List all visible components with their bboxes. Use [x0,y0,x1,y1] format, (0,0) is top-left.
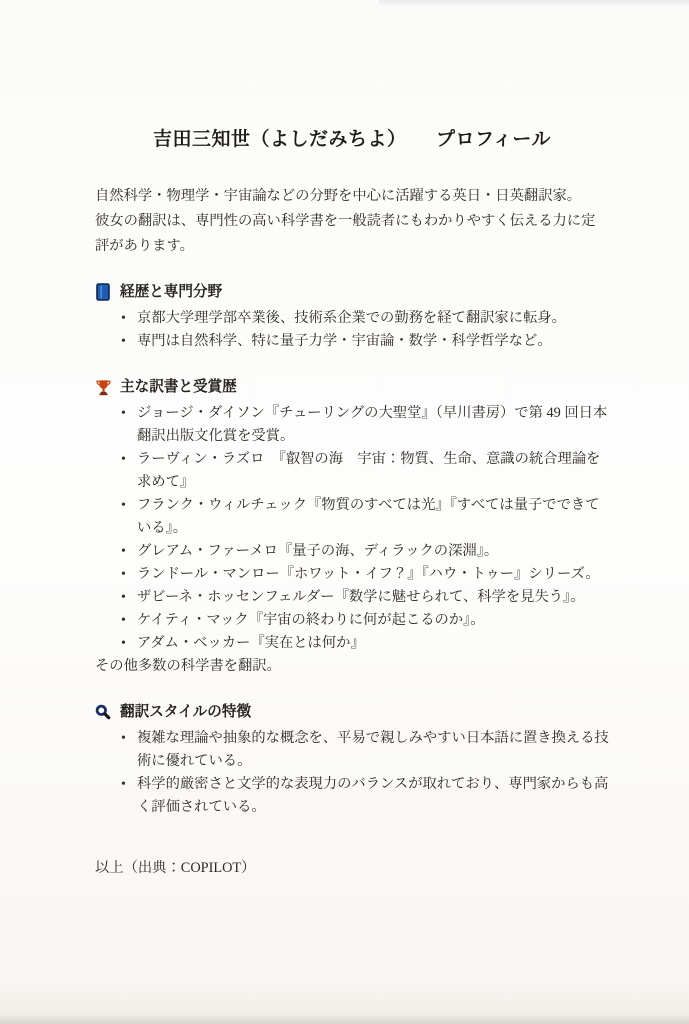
section-footnote: その他多数の科学書を翻訳。 [95,655,609,678]
section-heading: 経歴と専門分野 [120,280,222,304]
list-item: ケイティ・マック『宇宙の終わりに何が起こるのか』。 [117,609,609,632]
bullet-list: 京都大学理学部卒業後、技術系企業での勤務を経て翻訳家に転身。 専門は自然科学、特… [95,307,609,353]
list-item: 京都大学理学部卒業後、技術系企業での勤務を経て翻訳家に転身。 [117,307,609,330]
blue-book-icon [95,283,111,301]
closing-line: 以上（出典：COPILOT） [95,857,609,880]
section-heading: 主な訳書と受賞歴 [120,375,237,399]
bullet-list: ジョージ・ダイソン『チューリングの大聖堂』（早川書房）で第 49 回日本翻訳出版… [95,402,609,655]
list-item: 専門は自然科学、特に量子力学・宇宙論・数学・科学哲学など。 [117,330,609,353]
list-item: ラーヴィン・ラズロ 『叡智の海 宇宙：物質、生命、意識の統合理論を求めて』 [117,448,609,494]
section-heading: 翻訳スタイルの特徴 [120,700,251,724]
list-item: フランク・ウィルチェック『物質のすべては光』『すべては量子でできている』。 [117,494,609,540]
list-item: 科学的厳密さと文学的な表現力のバランスが取れており、専門家からも高く評価されてい… [117,773,609,819]
scanned-document-page: 吉田三知世（よしだみちよ） プロフィール 自然科学・物理学・宇宙論などの分野を中… [0,0,689,1024]
page-title: 吉田三知世（よしだみちよ） プロフィール [95,124,609,151]
section-works-header: 主な訳書と受賞歴 [95,375,609,399]
bullet-list: 複雑な理論や抽象的な概念を、平易で親しみやすい日本語に置き換える技術に優れている… [95,727,609,819]
list-item: 複雑な理論や抽象的な概念を、平易で親しみやすい日本語に置き換える技術に優れている… [117,727,609,773]
section-style: 翻訳スタイルの特徴 複雑な理論や抽象的な概念を、平易で親しみやすい日本語に置き換… [95,700,609,819]
trophy-icon [95,379,111,396]
list-item: ジョージ・ダイソン『チューリングの大聖堂』（早川書房）で第 49 回日本翻訳出版… [117,402,609,448]
intro-paragraph: 自然科学・物理学・宇宙論などの分野を中心に活躍する英日・日英翻訳家。 彼女の翻訳… [95,184,609,259]
section-career: 経歴と専門分野 京都大学理学部卒業後、技術系企業での勤務を経て翻訳家に転身。 専… [95,280,609,353]
magnifier-icon [95,704,111,720]
list-item: アダム・ベッカー『実在とは何か』 [117,632,609,655]
section-style-header: 翻訳スタイルの特徴 [95,700,609,724]
list-item: グレアム・ファーメロ『量子の海、ディラックの深淵』。 [117,540,609,563]
list-item: ランドール・マンロー『ホワット・イフ？』『ハウ・トゥー』シリーズ。 [117,563,609,586]
section-works: 主な訳書と受賞歴 ジョージ・ダイソン『チューリングの大聖堂』（早川書房）で第 4… [95,375,609,678]
list-item: ザビーネ・ホッセンフェルダー『数学に魅せられて、科学を見失う』。 [117,586,609,609]
section-career-header: 経歴と専門分野 [95,280,609,304]
